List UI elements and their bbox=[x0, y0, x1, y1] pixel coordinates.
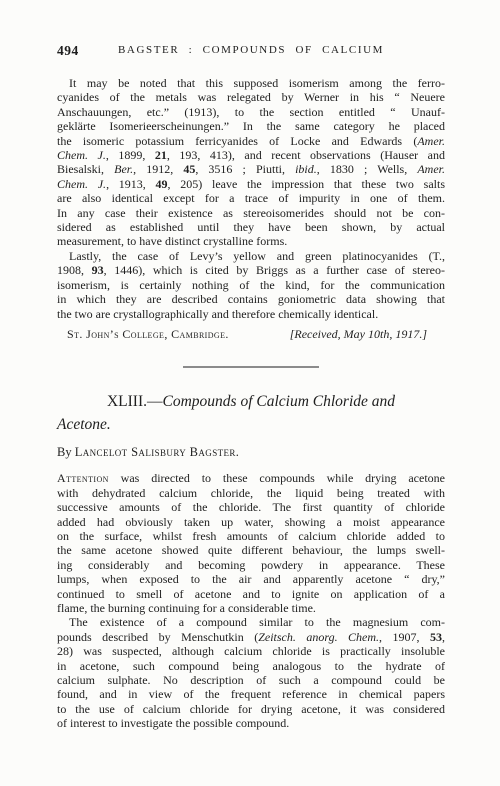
paragraph: It may be noted that this supposed isome… bbox=[57, 76, 445, 249]
author-affiliation: St. John’s College, Cambridge. bbox=[57, 327, 229, 341]
journal-page: 494 BAGSTER : COMPOUNDS OF CALCIUM It ma… bbox=[0, 0, 500, 786]
paragraph: Lastly, the case of Levy’s yellow and gr… bbox=[57, 249, 445, 321]
running-head: BAGSTER : COMPOUNDS OF CALCIUM bbox=[57, 44, 445, 56]
article-byline: By Lancelot Salisbury Bagster. bbox=[57, 445, 445, 460]
paragraph: The existence of a compound similar to t… bbox=[57, 615, 445, 730]
section-divider-rule bbox=[183, 366, 319, 368]
article-signoff: St. John’s College, Cambridge. [Received… bbox=[57, 327, 445, 341]
page-header: 494 BAGSTER : COMPOUNDS OF CALCIUM bbox=[57, 43, 445, 59]
article-title: XLIII.—Compounds of Calcium Chloride and… bbox=[57, 390, 445, 436]
received-date: [Received, May 10th, 1917.] bbox=[290, 327, 445, 341]
text-column: It may be noted that this supposed isome… bbox=[57, 76, 445, 731]
paragraph: Attention was directed to these compound… bbox=[57, 471, 445, 615]
